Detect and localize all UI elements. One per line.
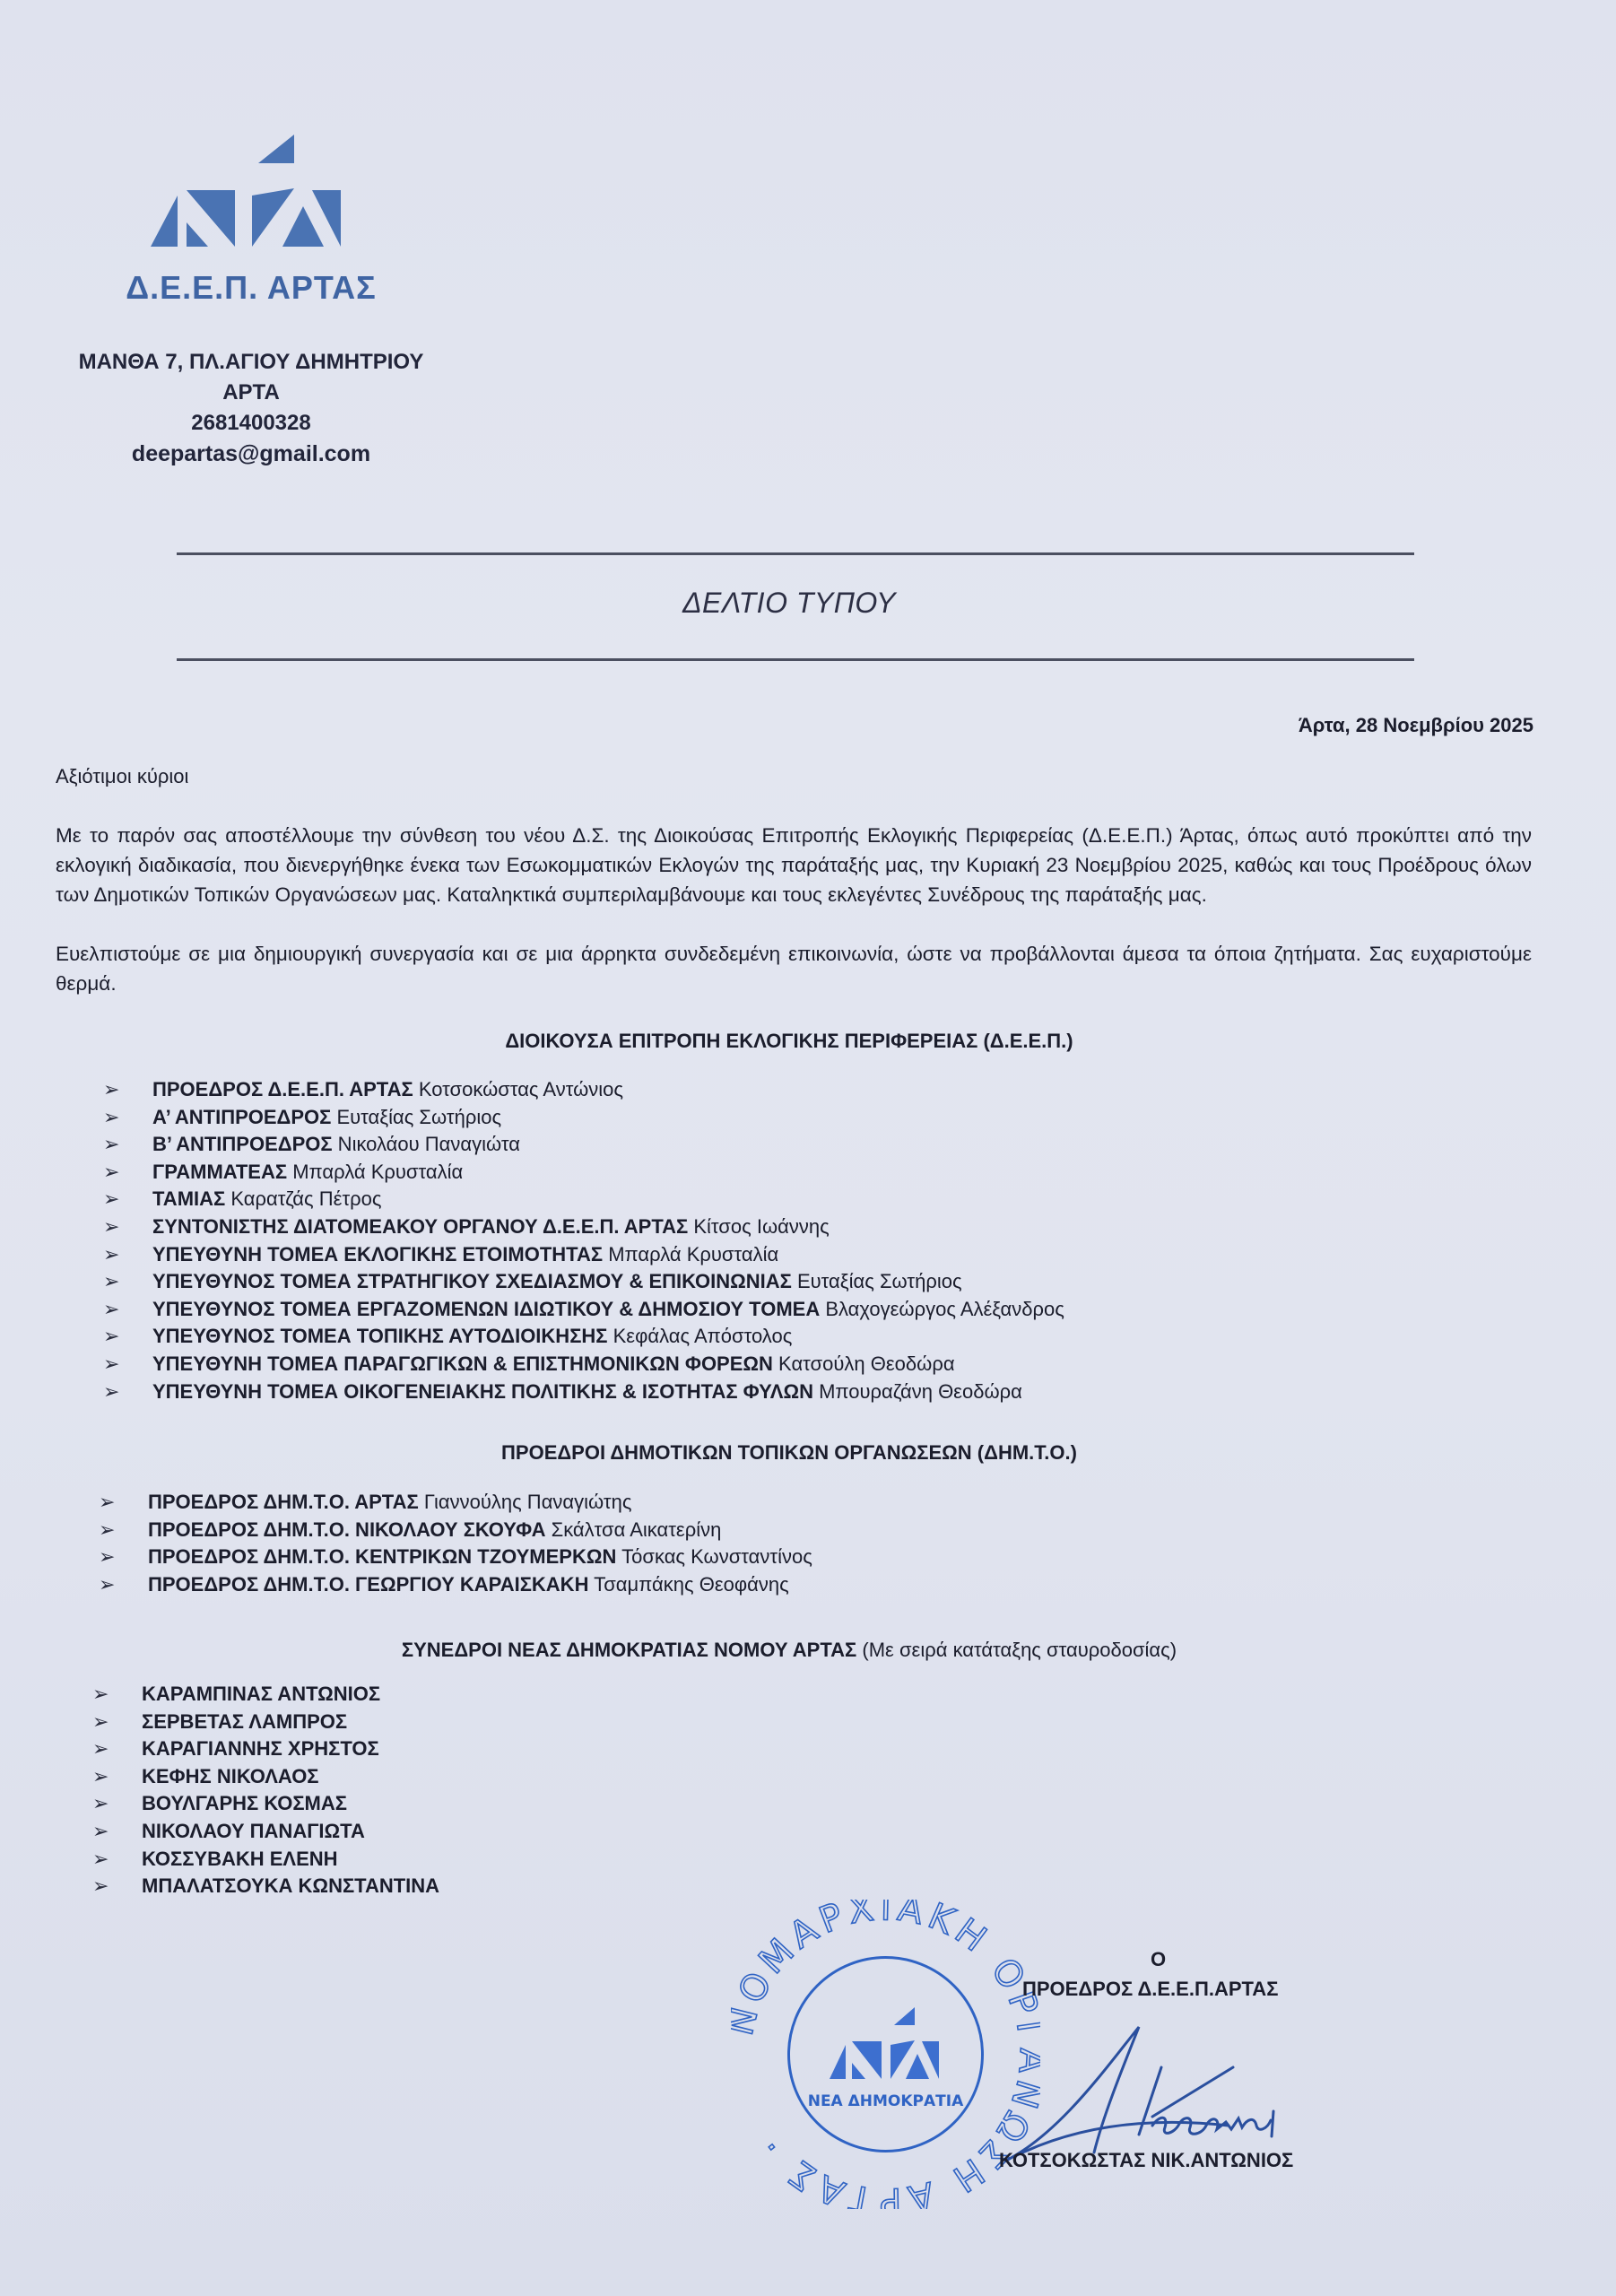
arrowhead-bullet-icon: ➢ (103, 1186, 119, 1213)
member-role: ΠΡΟΕΔΡΟΣ ΔΗΜ.Τ.Ο. ΑΡΤΑΣ (148, 1491, 419, 1513)
member-role: ΠΡΟΕΔΡΟΣ ΔΗΜ.Τ.Ο. ΓΕΩΡΓΙΟΥ ΚΑΡΑΙΣΚΑΚΗ (148, 1573, 588, 1596)
member-name: ΒΟΥΛΓΑΡΗΣ ΚΟΣΜΑΣ (142, 1792, 347, 1814)
member-role: ΠΡΟΕΔΡΟΣ ΔΗΜ.Τ.Ο. ΝΙΚΟΛΑΟΥ ΣΚΟΥΦΑ (148, 1518, 545, 1541)
arrowhead-bullet-icon: ➢ (92, 1790, 109, 1818)
stamp-logo-icon (830, 2007, 939, 2079)
arrowhead-bullet-icon: ➢ (99, 1571, 115, 1599)
member-name: Νικολάου Παναγιώτα (333, 1133, 520, 1155)
arrowhead-bullet-icon: ➢ (103, 1323, 119, 1351)
list-item: ➢ΥΠΕΥΘΥΝΗ ΤΟΜΕΑ ΟΙΚΟΓΕΝΕΙΑΚΗΣ ΠΟΛΙΤΙΚΗΣ … (152, 1378, 1064, 1406)
member-name: Σκάλτσα Αικατερίνη (545, 1518, 721, 1541)
member-role: ΠΡΟΕΔΡΟΣ ΔΗΜ.Τ.Ο. ΚΕΝΤΡΙΚΩΝ ΤΖΟΥΜΕΡΚΩΝ (148, 1545, 616, 1568)
signatory-name: ΚΟΤΣΟΚΩΣΤΑΣ ΝΙΚ.ΑΝΤΩΝΙΟΣ (999, 2149, 1293, 2172)
arrowhead-bullet-icon: ➢ (103, 1296, 119, 1324)
member-role: ΥΠΕΥΘΥΝΗ ΤΟΜΕΑ ΕΚΛΟΓΙΚΗΣ ΕΤΟΙΜΟΤΗΤΑΣ (152, 1243, 603, 1265)
stamp-inner-text: ΝΕΑ ΔΗΜΟΚΡΑΤΙΑ (808, 2092, 964, 2110)
list-item: ➢ΚΑΡΑΓΙΑΝΝΗΣ ΧΡΗΣΤΟΣ (142, 1735, 439, 1763)
title-rule-bottom (177, 658, 1414, 661)
list-item: ➢ΣΥΝΤΟΝΙΣΤΗΣ ΔΙΑΤΟΜΕΑΚΟΥ ΟΡΓΑΝΟΥ Δ.Ε.Ε.Π… (152, 1213, 1064, 1241)
document-title: ΔΕΛΤΙΟ ΤΥΠΟΥ (0, 587, 1578, 620)
member-name: Βλαχογεώργος Αλέξανδρος (820, 1298, 1064, 1320)
member-role: ΥΠΕΥΘΥΝΟΣ ΤΟΜΕΑ ΣΤΡΑΤΗΓΙΚΟΥ ΣΧΕΔΙΑΣΜΟΥ &… (152, 1270, 792, 1292)
nea-dimokratia-logo-icon (126, 126, 359, 251)
member-name: Μπουραζάνη Θεοδώρα (813, 1380, 1022, 1403)
member-name: Τσαμπάκης Θεοφάνης (588, 1573, 788, 1596)
arrowhead-bullet-icon: ➢ (103, 1076, 119, 1104)
member-role: ΥΠΕΥΘΥΝΟΣ ΤΟΜΕΑ ΕΡΓΑΖΟΜΕΝΩΝ ΙΔΙΩΤΙΚΟΥ & … (152, 1298, 820, 1320)
member-name: ΚΕΦΗΣ ΝΙΚΟΛΑΟΣ (142, 1765, 319, 1787)
arrowhead-bullet-icon: ➢ (92, 1763, 109, 1791)
address-city: ΑΡΤΑ (54, 380, 448, 405)
list-item: ➢ΥΠΕΥΘΥΝΟΣ ΤΟΜΕΑ ΕΡΓΑΖΟΜΕΝΩΝ ΙΔΙΩΤΙΚΟΥ &… (152, 1296, 1064, 1324)
list-item: ➢ΠΡΟΕΔΡΟΣ ΔΗΜ.Τ.Ο. ΑΡΤΑΣ Γιαννούλης Πανα… (148, 1489, 812, 1517)
member-name: Κοτσοκώστας Αντώνιος (413, 1078, 623, 1100)
list-item: ➢ΜΠΑΛΑΤΣΟΥΚΑ ΚΩΝΣΤΑΝΤΙΝΑ (142, 1873, 439, 1900)
list-item: ➢ΣΕΡΒΕΤΑΣ ΛΑΜΠΡΟΣ (142, 1709, 439, 1736)
arrowhead-bullet-icon: ➢ (103, 1268, 119, 1296)
list-item: ➢ΓΡΑΜΜΑΤΕΑΣ Μπαρλά Κρυσταλία (152, 1159, 1064, 1187)
member-name: Ευταξίας Σωτήριος (792, 1270, 962, 1292)
arrowhead-bullet-icon: ➢ (99, 1544, 115, 1571)
member-role: ΓΡΑΜΜΑΤΕΑΣ (152, 1161, 287, 1183)
list-item: ➢Α’ ΑΝΤΙΠΡΟΕΔΡΟΣ Ευταξίας Σωτήριος (152, 1104, 1064, 1132)
member-name: Ευταξίας Σωτήριος (331, 1106, 501, 1128)
member-role: ΠΡΟΕΔΡΟΣ Δ.Ε.Ε.Π. ΑΡΤΑΣ (152, 1078, 413, 1100)
organization-stamp-icon: ΝΟΜΑΡΧΙΑΚΗ ΟΡΓΑΝΩΣΗ ΑΡΤΑΣ · ΝΕΑ ΔΗΜΟΚΡΑΤ… (731, 1900, 1040, 2209)
section-heading-deep: ΔΙΟΙΚΟΥΣΑ ΕΠΙΤΡΟΠΗ ΕΚΛΟΓΙΚΗΣ ΠΕΡΙΦΕΡΕΙΑΣ… (0, 1030, 1578, 1053)
member-role: Β’ ΑΝΤΙΠΡΟΕΔΡΟΣ (152, 1133, 333, 1155)
member-name: Τόσκας Κωνσταντίνος (616, 1545, 812, 1568)
arrowhead-bullet-icon: ➢ (92, 1818, 109, 1846)
arrowhead-bullet-icon: ➢ (103, 1351, 119, 1378)
member-name: Κατσούλη Θεοδώρα (773, 1352, 955, 1375)
list-item: ➢ΠΡΟΕΔΡΟΣ ΔΗΜ.Τ.Ο. ΝΙΚΟΛΑΟΥ ΣΚΟΥΦΑ Σκάλτ… (148, 1517, 812, 1544)
member-name: Κίτσος Ιωάννης (688, 1215, 829, 1238)
arrowhead-bullet-icon: ➢ (103, 1104, 119, 1132)
svg-text:ΝΟΜΑΡΧΙΑΚΗ ΟΡΓΑΝΩΣΗ ΑΡΤΑΣ ·: ΝΟΜΑΡΧΙΑΚΗ ΟΡΓΑΝΩΣΗ ΑΡΤΑΣ · (731, 1900, 1040, 2209)
stamp-ring-text: ΝΟΜΑΡΧΙΑΚΗ ΟΡΓΑΝΩΣΗ ΑΡΤΑΣ · (731, 1900, 1040, 2209)
member-name: ΚΑΡΑΓΙΑΝΝΗΣ ΧΡΗΣΤΟΣ (142, 1737, 379, 1760)
list-item: ➢ΒΟΥΛΓΑΡΗΣ ΚΟΣΜΑΣ (142, 1790, 439, 1818)
phone-number: 2681400328 (54, 411, 448, 436)
member-role: ΥΠΕΥΘΥΝΟΣ ΤΟΜΕΑ ΤΟΠΙΚΗΣ ΑΥΤΟΔΙΟΙΚΗΣΗΣ (152, 1325, 607, 1347)
list-item: ➢ΥΠΕΥΘΥΝΟΣ ΤΟΜΕΑ ΤΟΠΙΚΗΣ ΑΥΤΟΔΙΟΙΚΗΣΗΣ Κ… (152, 1323, 1064, 1351)
list-item: ➢ΠΡΟΕΔΡΟΣ ΔΗΜ.Τ.Ο. ΓΕΩΡΓΙΟΥ ΚΑΡΑΙΣΚΑΚΗ Τ… (148, 1571, 812, 1599)
arrowhead-bullet-icon: ➢ (92, 1735, 109, 1763)
title-rule-top (177, 552, 1414, 555)
signatory-title: ΠΡΟΕΔΡΟΣ Δ.Ε.Ε.Π.ΑΡΤΑΣ (1022, 1978, 1278, 2001)
arrowhead-bullet-icon: ➢ (92, 1846, 109, 1874)
delegates-heading-note: (Με σειρά κατάταξης σταυροδοσίας) (862, 1639, 1177, 1661)
member-name: ΚΑΡΑΜΠΙΝΑΣ ΑΝΤΩΝΙΟΣ (142, 1683, 380, 1705)
member-name: Γιαννούλης Παναγιώτης (419, 1491, 632, 1513)
arrowhead-bullet-icon: ➢ (103, 1159, 119, 1187)
deep-members-list: ➢ΠΡΟΕΔΡΟΣ Δ.Ε.Ε.Π. ΑΡΤΑΣ Κοτσοκώστας Αντ… (152, 1076, 1064, 1405)
list-item: ➢ΥΠΕΥΘΥΝΗ ΤΟΜΕΑ ΠΑΡΑΓΩΓΙΚΩΝ & ΕΠΙΣΤΗΜΟΝΙ… (152, 1351, 1064, 1378)
member-role: ΥΠΕΥΘΥΝΗ ΤΟΜΕΑ ΟΙΚΟΓΕΝΕΙΑΚΗΣ ΠΟΛΙΤΙΚΗΣ &… (152, 1380, 813, 1403)
member-name: Καρατζάς Πέτρος (225, 1187, 381, 1210)
member-role: ΥΠΕΥΘΥΝΗ ΤΟΜΕΑ ΠΑΡΑΓΩΓΙΚΩΝ & ΕΠΙΣΤΗΜΟΝΙΚ… (152, 1352, 773, 1375)
list-item: ➢ΠΡΟΕΔΡΟΣ Δ.Ε.Ε.Π. ΑΡΤΑΣ Κοτσοκώστας Αντ… (152, 1076, 1064, 1104)
arrowhead-bullet-icon: ➢ (92, 1709, 109, 1736)
organization-name: Δ.Ε.Ε.Π. ΑΡΤΑΣ (112, 269, 390, 307)
list-item: ➢ΚΑΡΑΜΠΙΝΑΣ ΑΝΤΩΝΙΟΣ (142, 1681, 439, 1709)
member-role: ΣΥΝΤΟΝΙΣΤΗΣ ΔΙΑΤΟΜΕΑΚΟΥ ΟΡΓΑΝΟΥ Δ.Ε.Ε.Π.… (152, 1215, 688, 1238)
salutation: Αξιότιμοι κύριοι (56, 765, 188, 788)
list-item: ➢ΚΕΦΗΣ ΝΙΚΟΛΑΟΣ (142, 1763, 439, 1791)
member-name: ΝΙΚΟΛΑΟΥ ΠΑΝΑΓΙΩΤΑ (142, 1820, 365, 1842)
member-name: ΚΟΣΣΥΒΑΚΗ ΕΛΕΝΗ (142, 1848, 338, 1870)
arrowhead-bullet-icon: ➢ (103, 1378, 119, 1406)
arrowhead-bullet-icon: ➢ (99, 1489, 115, 1517)
dimto-presidents-list: ➢ΠΡΟΕΔΡΟΣ ΔΗΜ.Τ.Ο. ΑΡΤΑΣ Γιαννούλης Πανα… (148, 1489, 812, 1598)
list-item: ➢Β’ ΑΝΤΙΠΡΟΕΔΡΟΣ Νικολάου Παναγιώτα (152, 1131, 1064, 1159)
list-item: ➢ΠΡΟΕΔΡΟΣ ΔΗΜ.Τ.Ο. ΚΕΝΤΡΙΚΩΝ ΤΖΟΥΜΕΡΚΩΝ … (148, 1544, 812, 1571)
email-address: deepartas@gmail.com (54, 441, 448, 467)
body-paragraph-1: Με το παρόν σας αποστέλλουμε την σύνθεση… (56, 821, 1532, 909)
member-name: Κεφάλας Απόστολος (607, 1325, 792, 1347)
member-name: ΜΠΑΛΑΤΣΟΥΚΑ ΚΩΝΣΤΑΝΤΙΝΑ (142, 1874, 439, 1897)
body-paragraph-2: Ευελπιστούμε σε μια δημιουργική συνεργασ… (56, 939, 1532, 998)
list-item: ➢ΚΟΣΣΥΒΑΚΗ ΕΛΕΝΗ (142, 1846, 439, 1874)
arrowhead-bullet-icon: ➢ (92, 1681, 109, 1709)
list-item: ➢ΥΠΕΥΘΥΝΟΣ ΤΟΜΕΑ ΣΤΡΑΤΗΓΙΚΟΥ ΣΧΕΔΙΑΣΜΟΥ … (152, 1268, 1064, 1296)
member-name: Μπαρλά Κρυσταλία (603, 1243, 778, 1265)
member-role: Α’ ΑΝΤΙΠΡΟΕΔΡΟΣ (152, 1106, 331, 1128)
member-role: ΤΑΜΙΑΣ (152, 1187, 225, 1210)
list-item: ➢ΥΠΕΥΘΥΝΗ ΤΟΜΕΑ ΕΚΛΟΓΙΚΗΣ ΕΤΟΙΜΟΤΗΤΑΣ Μπ… (152, 1241, 1064, 1269)
list-item: ➢ΤΑΜΙΑΣ Καρατζάς Πέτρος (152, 1186, 1064, 1213)
arrowhead-bullet-icon: ➢ (103, 1131, 119, 1159)
section-heading-dimto: ΠΡΟΕΔΡΟΙ ΔΗΜΟΤΙΚΩΝ ΤΟΠΙΚΩΝ ΟΡΓΑΝΩΣΕΩΝ (Δ… (0, 1441, 1578, 1465)
member-name: ΣΕΡΒΕΤΑΣ ΛΑΜΠΡΟΣ (142, 1710, 347, 1733)
section-heading-delegates: ΣΥΝΕΔΡΟΙ ΝΕΑΣ ΔΗΜΟΚΡΑΤΙΑΣ ΝΟΜΟΥ ΑΡΤΑΣ (Μ… (0, 1639, 1578, 1662)
arrowhead-bullet-icon: ➢ (99, 1517, 115, 1544)
member-name: Μπαρλά Κρυσταλία (287, 1161, 463, 1183)
delegates-heading-text: ΣΥΝΕΔΡΟΙ ΝΕΑΣ ΔΗΜΟΚΡΑΤΙΑΣ ΝΟΜΟΥ ΑΡΤΑΣ (402, 1639, 856, 1661)
document-date: Άρτα, 28 Νοεμβρίου 2025 (1299, 714, 1533, 737)
arrowhead-bullet-icon: ➢ (92, 1873, 109, 1900)
list-item: ➢ΝΙΚΟΛΑΟΥ ΠΑΝΑΓΙΩΤΑ (142, 1818, 439, 1846)
address-street: ΜΑΝΘΑ 7, ΠΛ.ΑΓΙΟΥ ΔΗΜΗΤΡΙΟΥ (54, 350, 448, 375)
delegates-list: ➢ΚΑΡΑΜΠΙΝΑΣ ΑΝΤΩΝΙΟΣ➢ΣΕΡΒΕΤΑΣ ΛΑΜΠΡΟΣ➢ΚΑ… (142, 1681, 439, 1900)
arrowhead-bullet-icon: ➢ (103, 1213, 119, 1241)
signature-article: Ο (1151, 1948, 1166, 1971)
arrowhead-bullet-icon: ➢ (103, 1241, 119, 1269)
